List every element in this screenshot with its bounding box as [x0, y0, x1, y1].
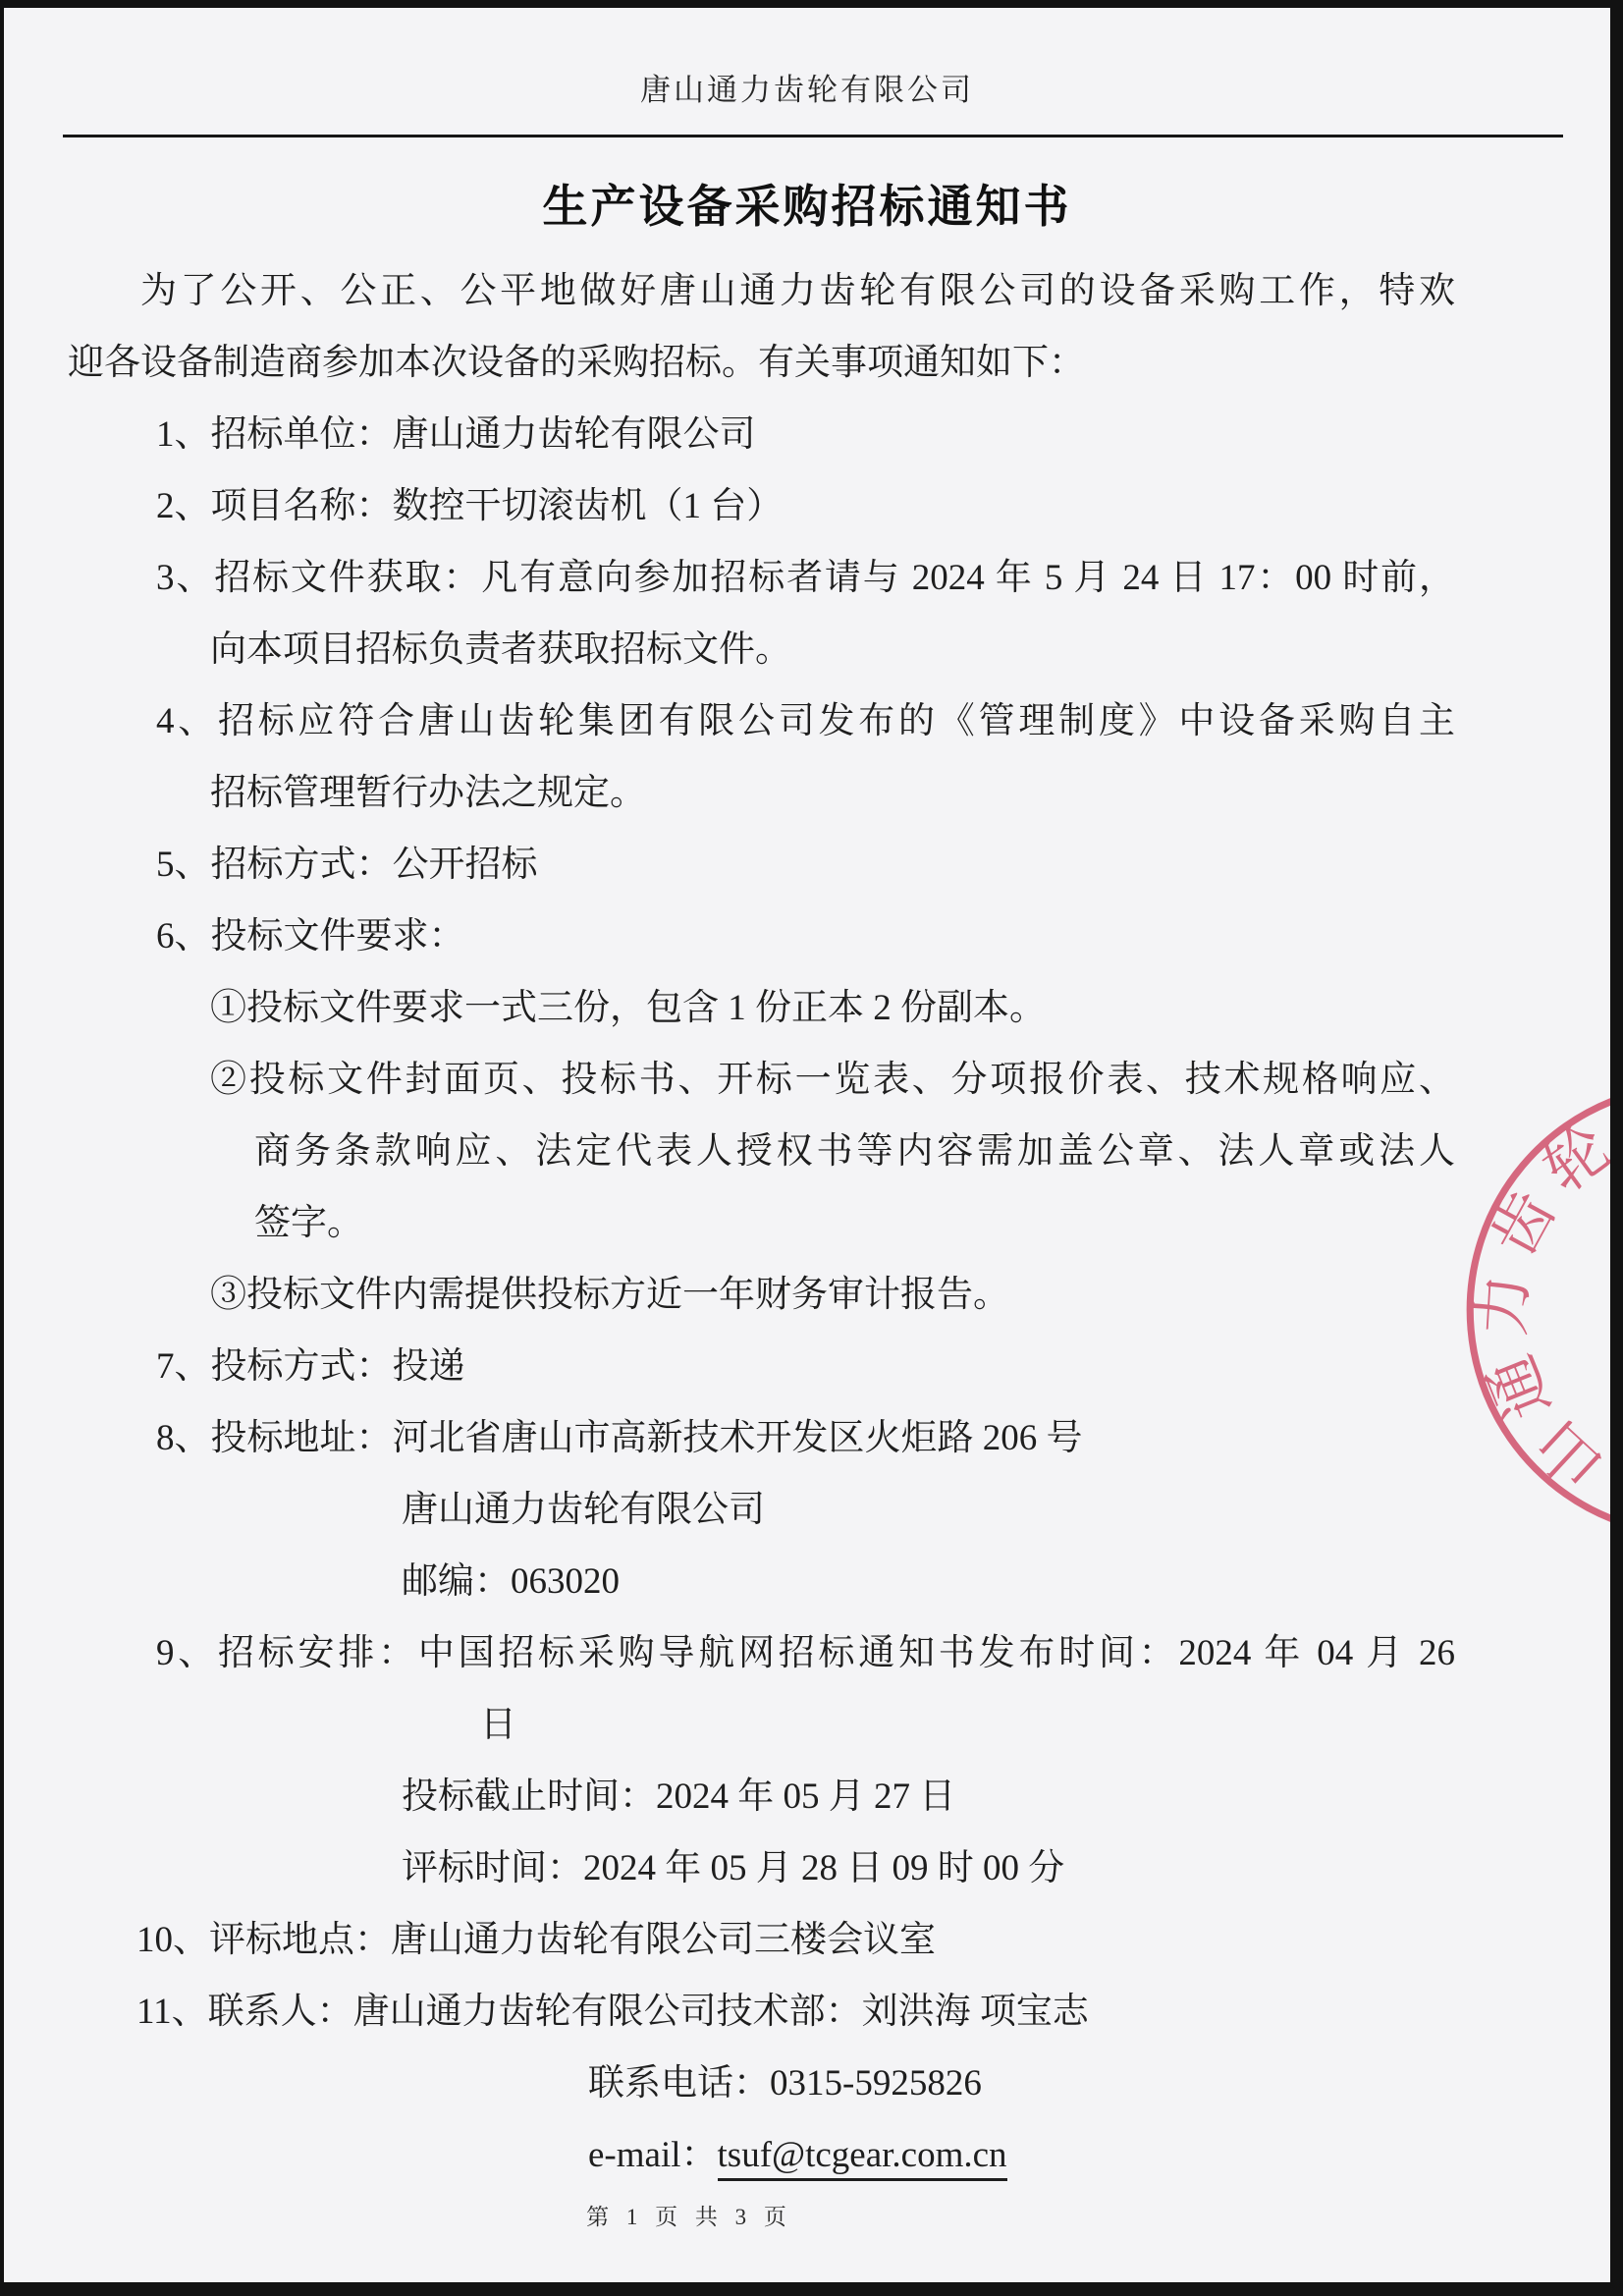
item-9-evaluation-time: 评标时间：2024 年 05 月 28 日 09 时 00 分 [68, 1832, 1455, 1904]
item-9-deadline: 投标截止时间：2024 年 05 月 27 日 [68, 1761, 1455, 1832]
item-6-sub-1: ①投标文件要求一式三份，包含 1 份正本 2 份副本。 [68, 972, 1455, 1044]
item-4-cont: 招标管理暂行办法之规定。 [68, 757, 1455, 829]
item-6-sub-2-cont-2: 签字。 [68, 1187, 1455, 1259]
item-8-company-line: 唐山通力齿轮有限公司 [68, 1474, 1455, 1546]
item-1-bidding-unit: 1、招标单位：唐山通力齿轮有限公司 [68, 399, 1455, 470]
item-7-submission-method: 7、投标方式：投递 [68, 1331, 1455, 1402]
header-company: 唐山通力齿轮有限公司 [4, 8, 1610, 109]
item-3-document-obtain: 3、招标文件获取：凡有意向参加招标者请与 2024 年 5 月 24 日 17：… [68, 542, 1455, 614]
email-address: tsuf@tcgear.com.cn [718, 2135, 1007, 2181]
item-6-requirements: 6、投标文件要求： [68, 901, 1455, 972]
item-6-sub-2-cont-1: 商务条款响应、法定代表人授权书等内容需加盖公章、法人章或法人 [68, 1116, 1455, 1187]
item-2-project-name: 2、项目名称：数控干切滚齿机（1 台） [68, 470, 1455, 542]
document-page: 唐山通力齿轮有限公司 生产设备采购招标通知书 为了公开、公正、公平地做好唐山通力… [0, 0, 1623, 2296]
document-title: 生产设备采购招标通知书 [4, 171, 1610, 236]
item-4-rules: 4、招标应符合唐山齿轮集团有限公司发布的《管理制度》中设备采购自主 [68, 685, 1455, 757]
item-9-schedule: 9、招标安排：中国招标采购导航网招标通知书发布时间：2024 年 04 月 26 [68, 1617, 1455, 1689]
seal-star-icon [1577, 1193, 1623, 1416]
contact-phone: 联系电话：0315-5925826 [68, 2048, 1455, 2119]
document-body: 为了公开、公正、公平地做好唐山通力齿轮有限公司的设备采购工作，特欢 迎各设备制造… [68, 255, 1455, 2191]
email-line: e-mail：tsuf@tcgear.com.cn [68, 2119, 1455, 2191]
item-8-address: 8、投标地址：河北省唐山市高新技术开发区火炬路 206 号 [68, 1402, 1455, 1474]
item-6-sub-2: ②投标文件封面页、投标书、开标一览表、分项报价表、技术规格响应、 [68, 1044, 1455, 1116]
item-11-contacts: 11、联系人：唐山通力齿轮有限公司技术部：刘洪海 项宝志 [68, 1976, 1455, 2048]
item-10-evaluation-place: 10、评标地点：唐山通力齿轮有限公司三楼会议室 [68, 1904, 1455, 1976]
item-5-bidding-method: 5、招标方式：公开招标 [68, 829, 1455, 901]
item-8-postcode: 邮编：063020 [68, 1546, 1455, 1617]
item-6-sub-3: ③投标文件内需提供投标方近一年财务审计报告。 [68, 1259, 1455, 1331]
item-9-schedule-day: 日 [68, 1689, 1455, 1761]
page-footer: 第 1 页 共 3 页 [4, 2199, 1375, 2231]
intro-line-2: 迎各设备制造商参加本次设备的采购招标。有关事项通知如下： [68, 327, 1455, 399]
item-3-cont: 向本项目招标负责者获取招标文件。 [68, 614, 1455, 685]
intro-line-1: 为了公开、公正、公平地做好唐山通力齿轮有限公司的设备采购工作，特欢 [68, 255, 1455, 327]
header-divider [63, 135, 1563, 137]
email-label: e-mail： [588, 2135, 718, 2175]
